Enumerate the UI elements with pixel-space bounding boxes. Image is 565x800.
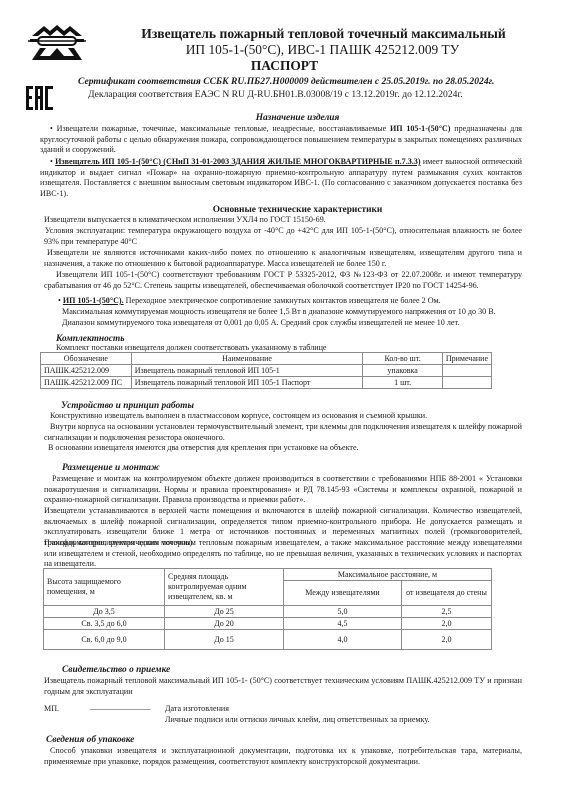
section-title-acceptance: Свидетельство о приемке: [62, 665, 170, 675]
column-header-wall: от извещателя до стены: [402, 581, 492, 606]
column-header: Примечание: [442, 353, 491, 365]
column-header-height: Высота защищаемого помещения, м: [44, 569, 165, 606]
section-title-device: Устройство и принцип работы: [61, 401, 194, 411]
table-cell: 4,0: [284, 630, 402, 650]
table-cell: [442, 377, 491, 389]
section-title-purpose: Назначение изделия: [0, 113, 565, 123]
device-line-3: В основании извещателя имеются два отвер…: [44, 443, 522, 454]
specs-line-2: Условия эксплуатации: температура окружа…: [44, 226, 522, 247]
table-row: Св. 6,0 до 9,0 До 15 4,0 2,0: [44, 630, 492, 650]
bullet: [50, 124, 57, 133]
table-row: До 3,5 До 25 5,0 2,5: [44, 606, 492, 618]
column-header-between: Между извещателями: [284, 581, 402, 606]
placement-table: Высота защищаемого помещения, м Средняя …: [43, 568, 492, 650]
table-cell: 2,0: [402, 618, 492, 630]
declaration-line: Декларация соответствия ЕАЭС N RU Д-RU.Б…: [88, 89, 463, 100]
table-cell: упаковка: [363, 365, 442, 377]
column-header-area: Средняя площадь контролируемая одним изв…: [165, 569, 284, 606]
column-header: Обозначение: [41, 353, 132, 365]
specs-line-4: Извещатели ИП 105-1-(50°С) соответствуют…: [44, 270, 522, 291]
column-header: Кол-во шт.: [363, 353, 442, 365]
manufacture-date-label: Дата изготовления: [165, 704, 229, 715]
column-header-max-distance: Максимальное расстояние, м: [284, 569, 492, 581]
mounting-line-3: Площадь контролируемая одним точечным те…: [44, 538, 522, 570]
purpose-paragraph-2: Извещатель ИП 105-1-(50°С) (СНиП 31-01-2…: [40, 157, 522, 199]
table-cell: Св. 6,0 до 9,0: [44, 630, 165, 650]
signatures-note: Личные подписи или оттиски личных клейм,…: [165, 715, 430, 726]
table-cell: 2,0: [402, 630, 492, 650]
table-cell: До 20: [165, 618, 284, 630]
table-cell: До 15: [165, 630, 284, 650]
table-header-row: Обозначение Наименование Кол-во шт. Прим…: [41, 353, 492, 365]
table-cell: 4,5: [284, 618, 402, 630]
signature-line: _______________: [90, 702, 151, 713]
document-type: ПАСПОРТ: [0, 58, 565, 74]
contact-specs-line-1: ИП 105-1-(50°С). Переходное электрическо…: [58, 296, 522, 307]
table-cell: Извещатель пожарный тепловой ИП 105-1: [131, 365, 363, 377]
table-cell: ПАШК.425212.009 ПС: [41, 377, 132, 389]
table-row: Св. 3,5 до 6,0 До 20 4,5 2,0: [44, 618, 492, 630]
table-cell: Св. 3,5 до 6,0: [44, 618, 165, 630]
table-cell: 1 шт.: [363, 377, 442, 389]
table-cell: Извещатель пожарный тепловой ИП 105-1 Па…: [131, 377, 363, 389]
column-header: Наименование: [131, 353, 363, 365]
purpose-paragraph-1: Извещатели пожарные, точечные, максималь…: [40, 124, 522, 156]
specs-line-3: Извещатели не являются источниками каких…: [44, 248, 522, 269]
table-cell: До 25: [165, 606, 284, 618]
contact-specs-line-3: Диапазон коммутируемого тока извещателя …: [62, 318, 522, 329]
section-title-mounting: Размещение и монтаж: [62, 463, 160, 473]
specs-line-1: Извещатели выпускается в климатическом и…: [44, 215, 522, 226]
section-title-packaging: Сведения об упаковке: [46, 735, 134, 745]
mounting-line-1: Размещение и монтаж на контролируемом об…: [44, 474, 522, 506]
table-cell: ПАШК.425212.009: [41, 365, 132, 377]
table-cell: [442, 365, 491, 377]
acceptance-text: Извещатель пожарный тепловой максимальны…: [44, 676, 522, 697]
eac-mark-icon: [26, 86, 54, 110]
contact-specs-line-2: Максимальная коммутируемая мощность изве…: [62, 307, 522, 318]
table-header-row: Высота защищаемого помещения, м Средняя …: [44, 569, 492, 581]
certificate-line: Сертификат соответствия ССБК RU.ПБ27.Н00…: [78, 76, 494, 87]
table-row: ПАШК.425212.009 Извещатель пожарный тепл…: [41, 365, 492, 377]
packaging-text: Способ упаковки извещателя и эксплуатаци…: [44, 746, 522, 767]
device-line-2: Внутри корпуса на основании установлен т…: [44, 422, 522, 443]
product-title: Извещатель пожарный тепловой точечный ма…: [0, 26, 565, 42]
stamp-label: МП.: [44, 704, 59, 715]
section-title-specs: Основные технические характеристики: [0, 205, 565, 215]
table-cell: 5,0: [284, 606, 402, 618]
product-model: ИП 105-1-(50°С), ИВС-1 ПАШК 425212.009 Т…: [0, 42, 565, 58]
device-line-1: Конструктивно извещатель выполнен в плас…: [44, 411, 522, 422]
table-cell: 2,5: [402, 606, 492, 618]
table-row: ПАШК.425212.009 ПС Извещатель пожарный т…: [41, 377, 492, 389]
kit-table: Обозначение Наименование Кол-во шт. Прим…: [40, 352, 492, 389]
table-cell: До 3,5: [44, 606, 165, 618]
